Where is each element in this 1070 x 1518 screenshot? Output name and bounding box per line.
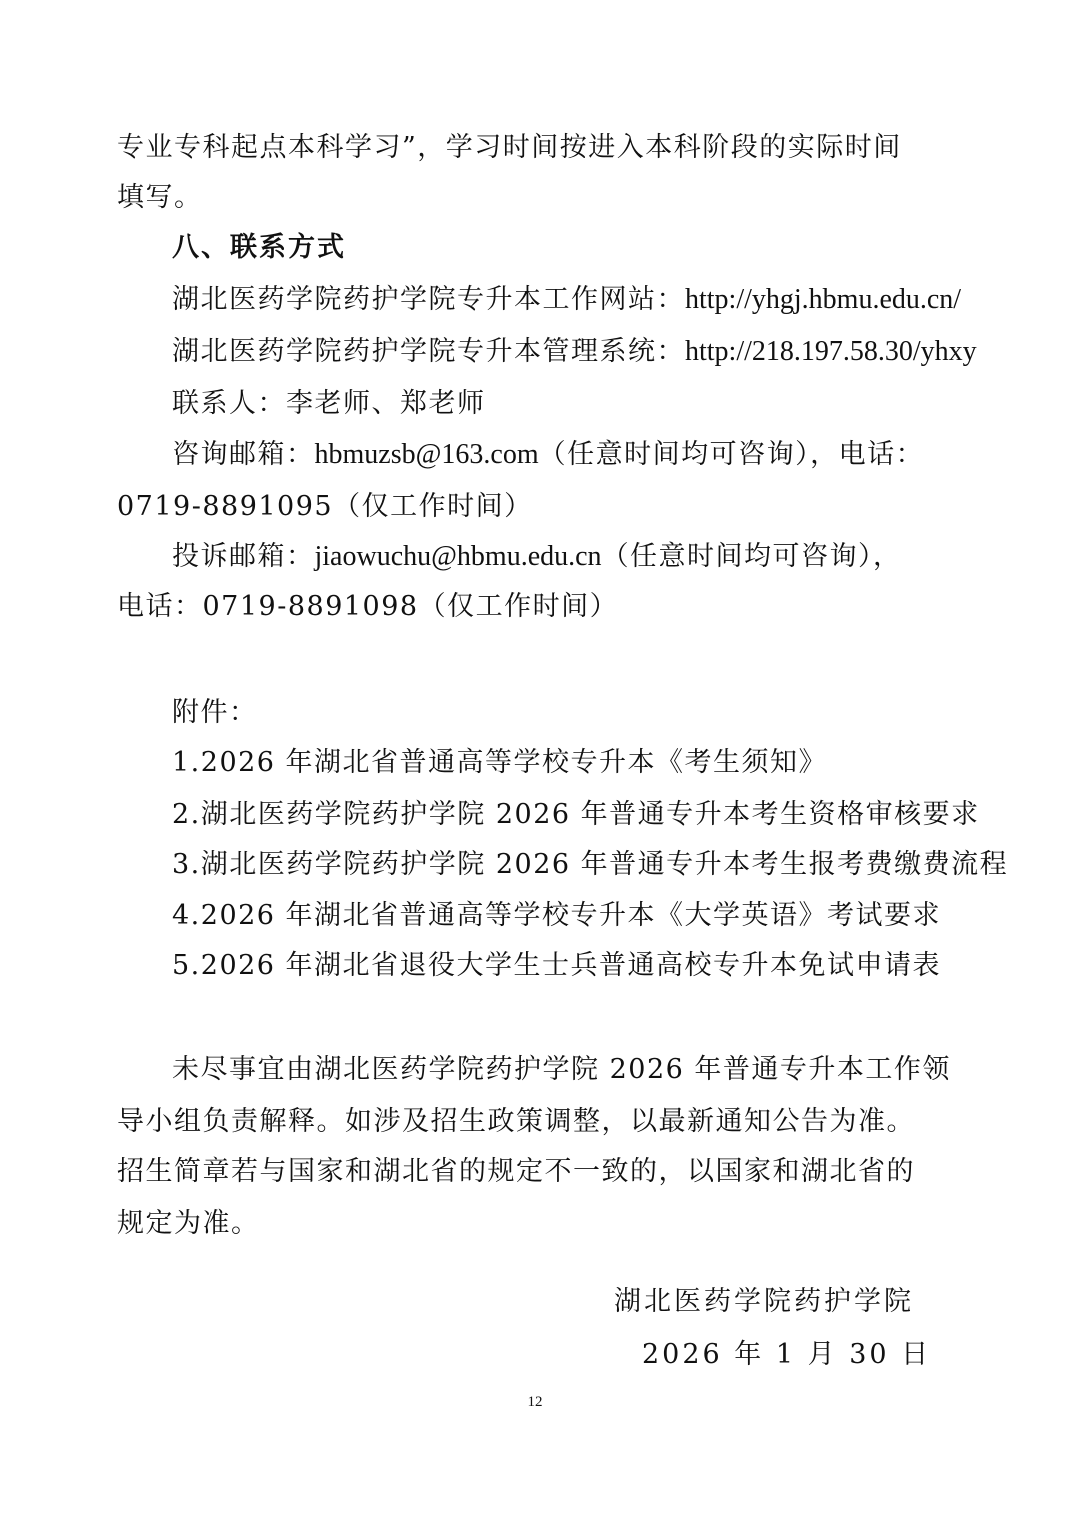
system-label: 湖北医药学院药护学院专升本管理系统： <box>172 336 685 367</box>
inquiry-label: 咨询邮箱： <box>172 439 315 470</box>
contact-person: 联系人：李老师、郑老师 <box>172 387 1002 421</box>
website-url[interactable]: http://yhgj.hbmu.edu.cn/ <box>685 284 961 315</box>
attachment-item-3: 3.湖北医药学院药护学院 2026 年普通专升本考生报考费缴费流程 <box>172 848 1002 882</box>
closing-line-4: 规定为准。 <box>117 1207 947 1241</box>
attachment-item-2: 2.湖北医药学院药护学院 2026 年普通专升本考生资格审核要求 <box>172 798 1002 832</box>
website-label: 湖北医药学院药护学院专升本工作网站： <box>172 284 685 315</box>
closing-line-1: 未尽事宜由湖北医药学院药护学院 2026 年普通专升本工作领 <box>172 1053 1002 1087</box>
attachment-item-4: 4.2026 年湖北省普通高等学校专升本《大学英语》考试要求 <box>172 899 1002 933</box>
complaint-label: 投诉邮箱： <box>172 541 315 572</box>
attachment-item-1: 1.2026 年湖北省普通高等学校专升本《考生须知》 <box>172 746 1002 780</box>
closing-line-3: 招生简章若与国家和湖北省的规定不一致的，以国家和湖北省的 <box>117 1155 947 1189</box>
inquiry-line: 咨询邮箱：hbmuzsb@163.com（任意时间均可咨询），电话： <box>172 438 1002 472</box>
inquiry-phone: 0719-8891095（仅工作时间） <box>117 490 947 524</box>
continuation-line-1: 专业专科起点本科学习”，学习时间按进入本科阶段的实际时间 <box>117 131 947 165</box>
inquiry-suffix: （任意时间均可咨询），电话： <box>539 439 925 470</box>
signature-org: 湖北医药学院药护学院 <box>614 1285 914 1319</box>
continuation-line-2: 填写。 <box>117 181 947 215</box>
complaint-phone: 电话：0719-8891098（仅工作时间） <box>117 590 947 624</box>
inquiry-email[interactable]: hbmuzsb@163.com <box>315 439 539 470</box>
page-number: 12 <box>0 1394 1070 1411</box>
section-heading: 八、联系方式 <box>172 231 1002 265</box>
complaint-suffix: （任意时间均可咨询）， <box>602 541 902 572</box>
system-url[interactable]: http://218.197.58.30/yhxy <box>685 336 977 367</box>
system-line: 湖北医药学院药护学院专升本管理系统：http://218.197.58.30/y… <box>172 335 1002 369</box>
complaint-email[interactable]: jiaowuchu@hbmu.edu.cn <box>315 541 602 572</box>
attachment-item-5: 5.2026 年湖北省退役大学生士兵普通高校专升本免试申请表 <box>172 949 1002 983</box>
website-line: 湖北医药学院药护学院专升本工作网站：http://yhgj.hbmu.edu.c… <box>172 283 1002 317</box>
signature-date: 2026 年 1 月 30 日 <box>642 1338 931 1372</box>
closing-line-2: 导小组负责解释。如涉及招生政策调整，以最新通知公告为准。 <box>117 1105 947 1139</box>
attachments-label: 附件： <box>172 696 1002 730</box>
complaint-line: 投诉邮箱：jiaowuchu@hbmu.edu.cn（任意时间均可咨询）， <box>172 540 1002 574</box>
